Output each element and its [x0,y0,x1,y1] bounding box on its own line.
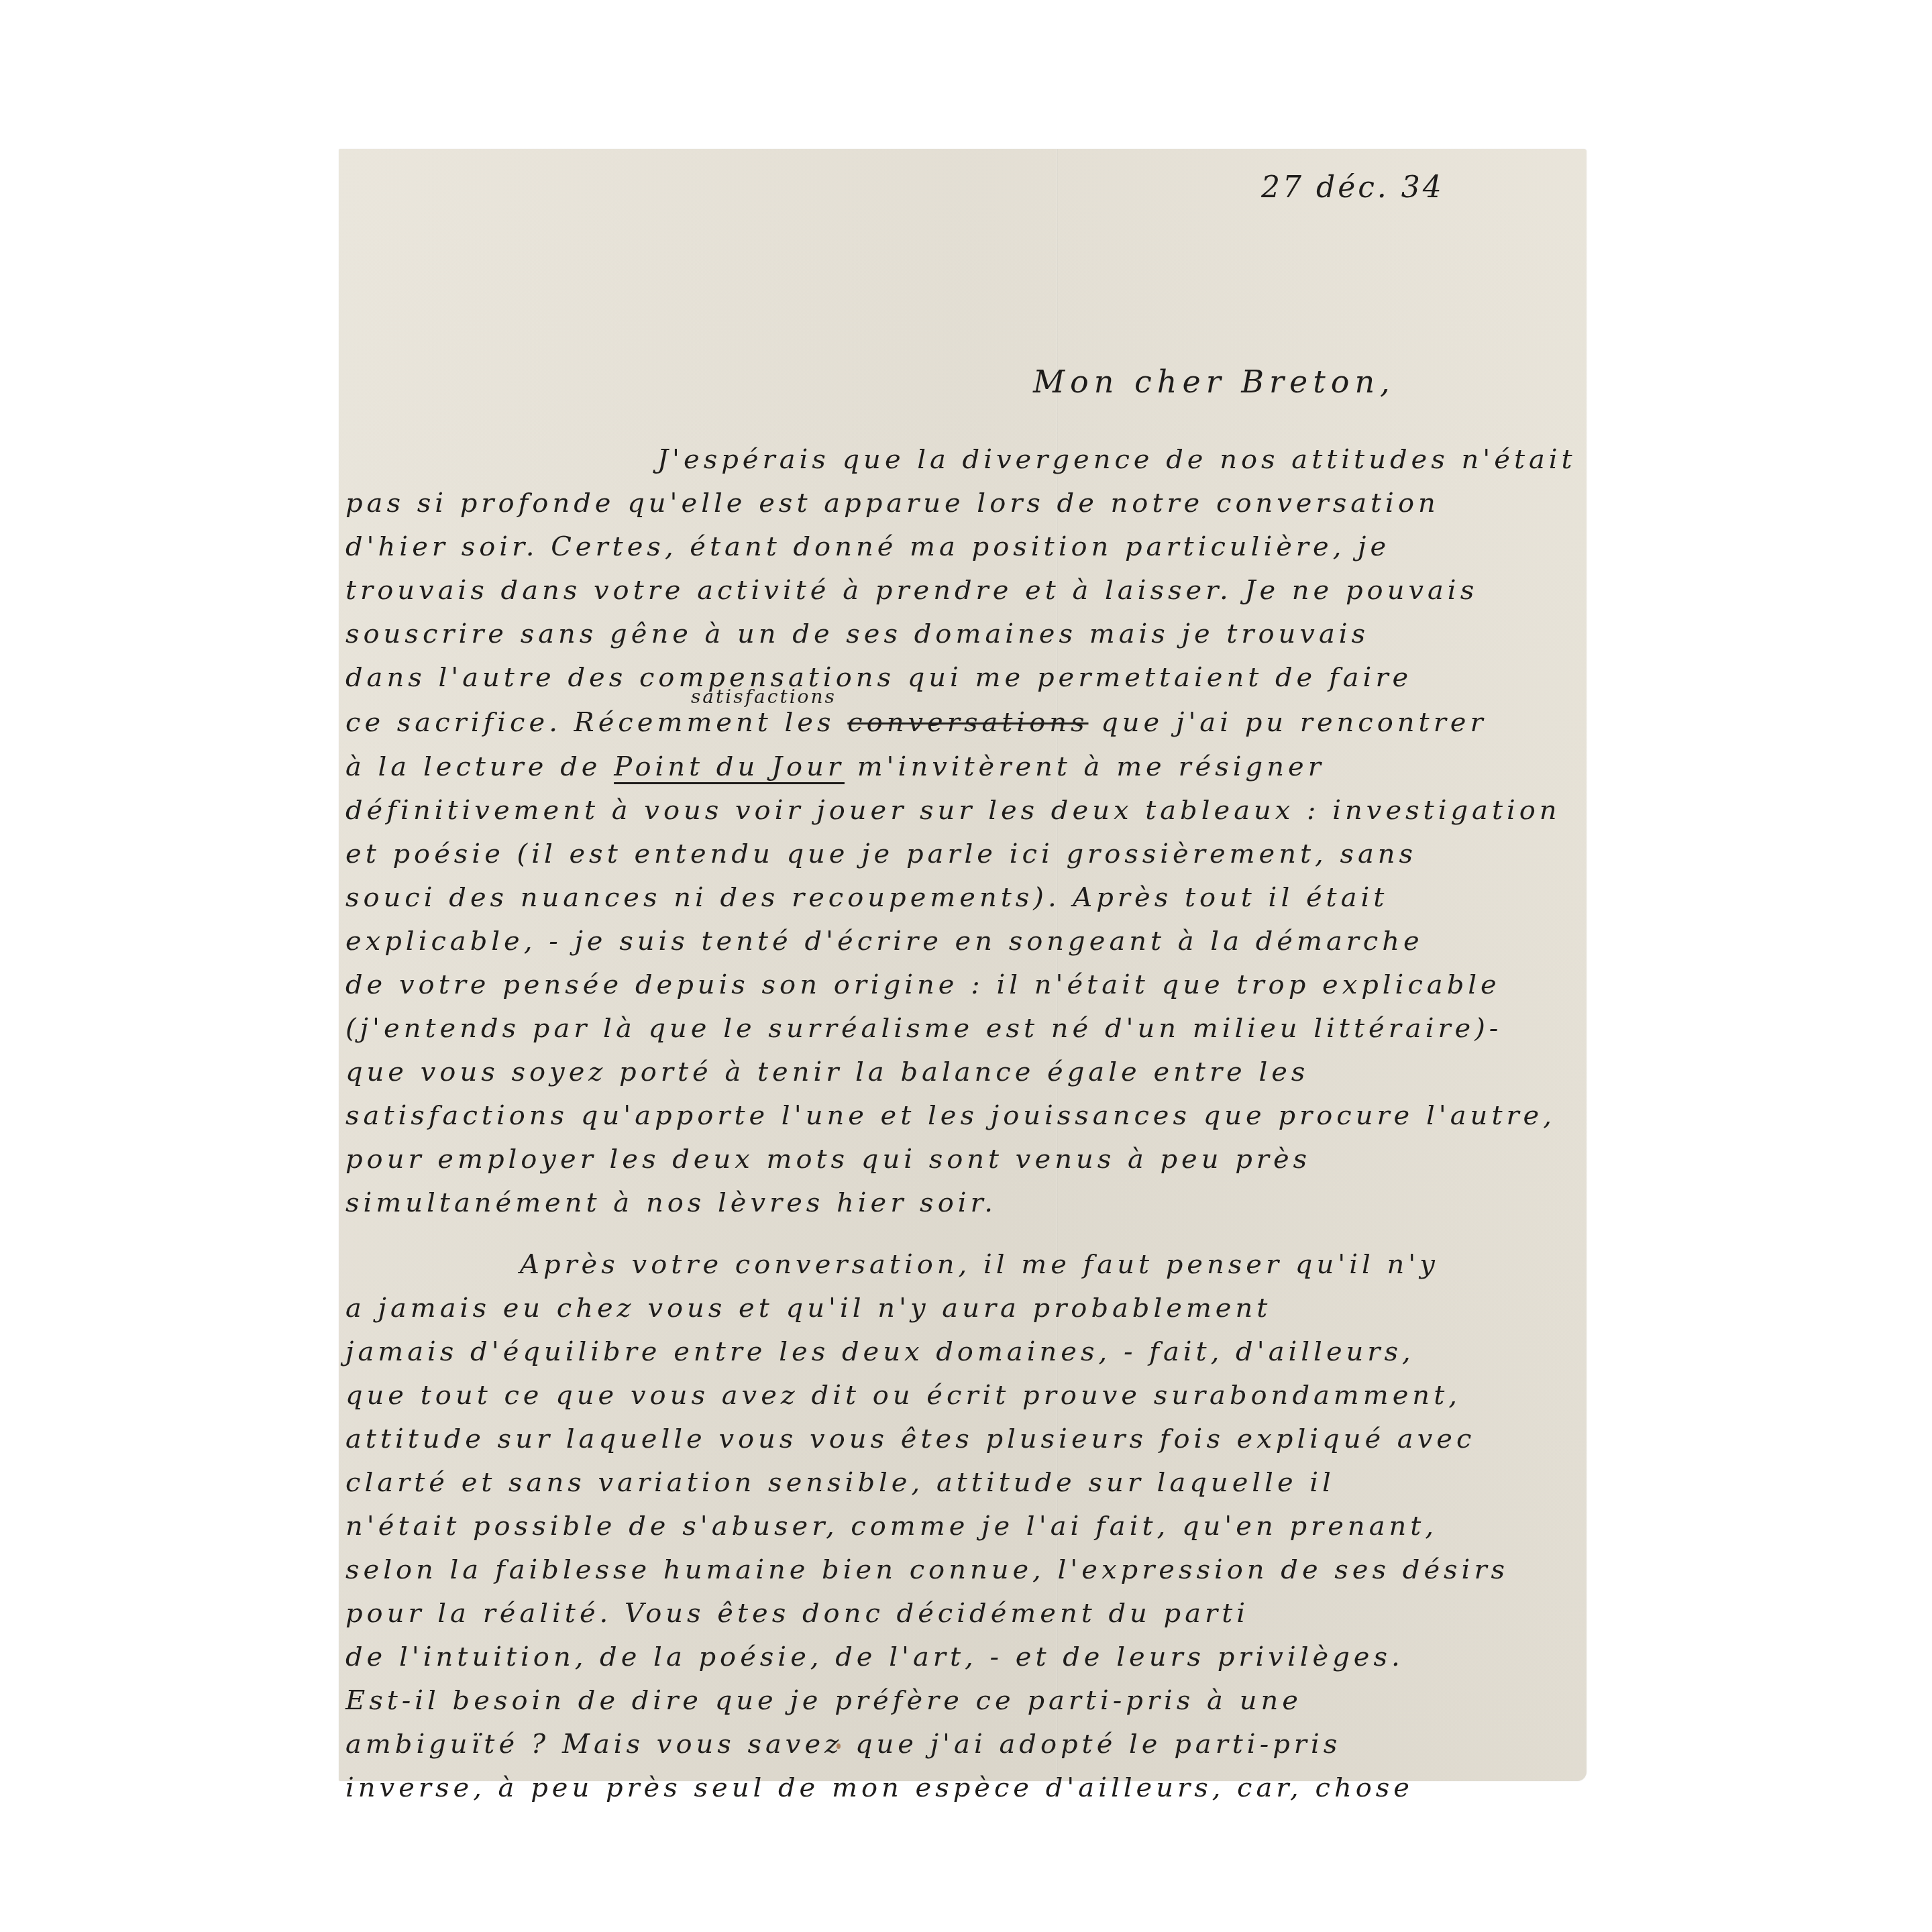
letter-line: J'espérais que la divergence de nos atti… [657,444,1576,475]
line-text: m'invitèrent à me résigner [857,751,1325,782]
letter-line: satisfactions qu'apporte l'une et les jo… [345,1100,1556,1131]
letter-line: ambiguïté ? Mais vous savez que j'ai ado… [345,1729,1341,1760]
line-text: à la lecture de [345,751,601,782]
letter-line: et poésie (il est entendu que je parle i… [345,839,1417,869]
letter-line: de votre pensée depuis son origine : il … [345,969,1501,1000]
letter-line: Après votre conversation, il me faut pen… [520,1249,1439,1280]
book-title: Point du Jour [614,751,845,782]
letter-line: Est-il besoin de dire que je préfère ce … [345,1685,1302,1716]
line-text: ce sacrifice. Récemment les [345,707,835,738]
letter-line: souscrire sans gêne à un de ses domaines… [345,619,1369,649]
letter-date: 27 déc. 34 [1261,170,1444,205]
struck-word: conversations [847,707,1088,738]
letter-line: jamais d'équilibre entre les deux domain… [345,1336,1415,1367]
letter-line: définitivement à vous voir jouer sur les… [345,795,1561,826]
salutation: Mon cher Breton, [1033,364,1395,400]
letter-line: explicable, - je suis tenté d'écrire en … [345,926,1424,957]
letter-line: selon la faiblesse humaine bien connue, … [345,1554,1509,1585]
letter-line: ce sacrifice. Récemment les conversation… [345,707,1487,738]
letter-line: trouvais dans votre activité à prendre e… [345,575,1478,606]
letter-line: n'était possible de s'abuser, comme je l… [345,1511,1438,1542]
letter-line: pas si profonde qu'elle est apparue lors… [345,488,1440,519]
letter-line: clarté et sans variation sensible, attit… [345,1467,1335,1498]
letter-line: pour employer les deux mots qui sont ven… [345,1144,1311,1175]
letter-line: attitude sur laquelle vous vous êtes plu… [345,1424,1475,1454]
letter-line: a jamais eu chez vous et qu'il n'y aura … [345,1293,1271,1324]
letter-line: pour la réalité. Vous êtes donc décidéme… [345,1598,1249,1629]
letter-page: 27 déc. 34 Mon cher Breton, J'espérais q… [339,149,1587,1781]
inserted-word: satisfactions [691,686,837,708]
letter-line: que tout ce que vous avez dit ou écrit p… [345,1380,1461,1411]
letter-line: de l'intuition, de la poésie, de l'art, … [345,1642,1404,1672]
letter-line: d'hier soir. Certes, étant donné ma posi… [345,531,1390,562]
letter-line: à la lecture de Point du Jour m'invitère… [345,751,1325,782]
letter-line: souci des nuances ni des recoupements). … [345,882,1388,913]
letter-line: (j'entends par là que le surréalisme est… [345,1013,1502,1044]
letter-line: dans l'autre des compensations qui me pe… [345,662,1412,693]
letter-line: simultanément à nos lèvres hier soir. [345,1187,997,1218]
letter-line: que vous soyez porté à tenir la balance … [345,1057,1309,1087]
line-text: que j'ai pu rencontrer [1101,707,1487,738]
letter-line: inverse, à peu près seul de mon espèce d… [345,1772,1413,1803]
ink-spot [837,1743,841,1749]
